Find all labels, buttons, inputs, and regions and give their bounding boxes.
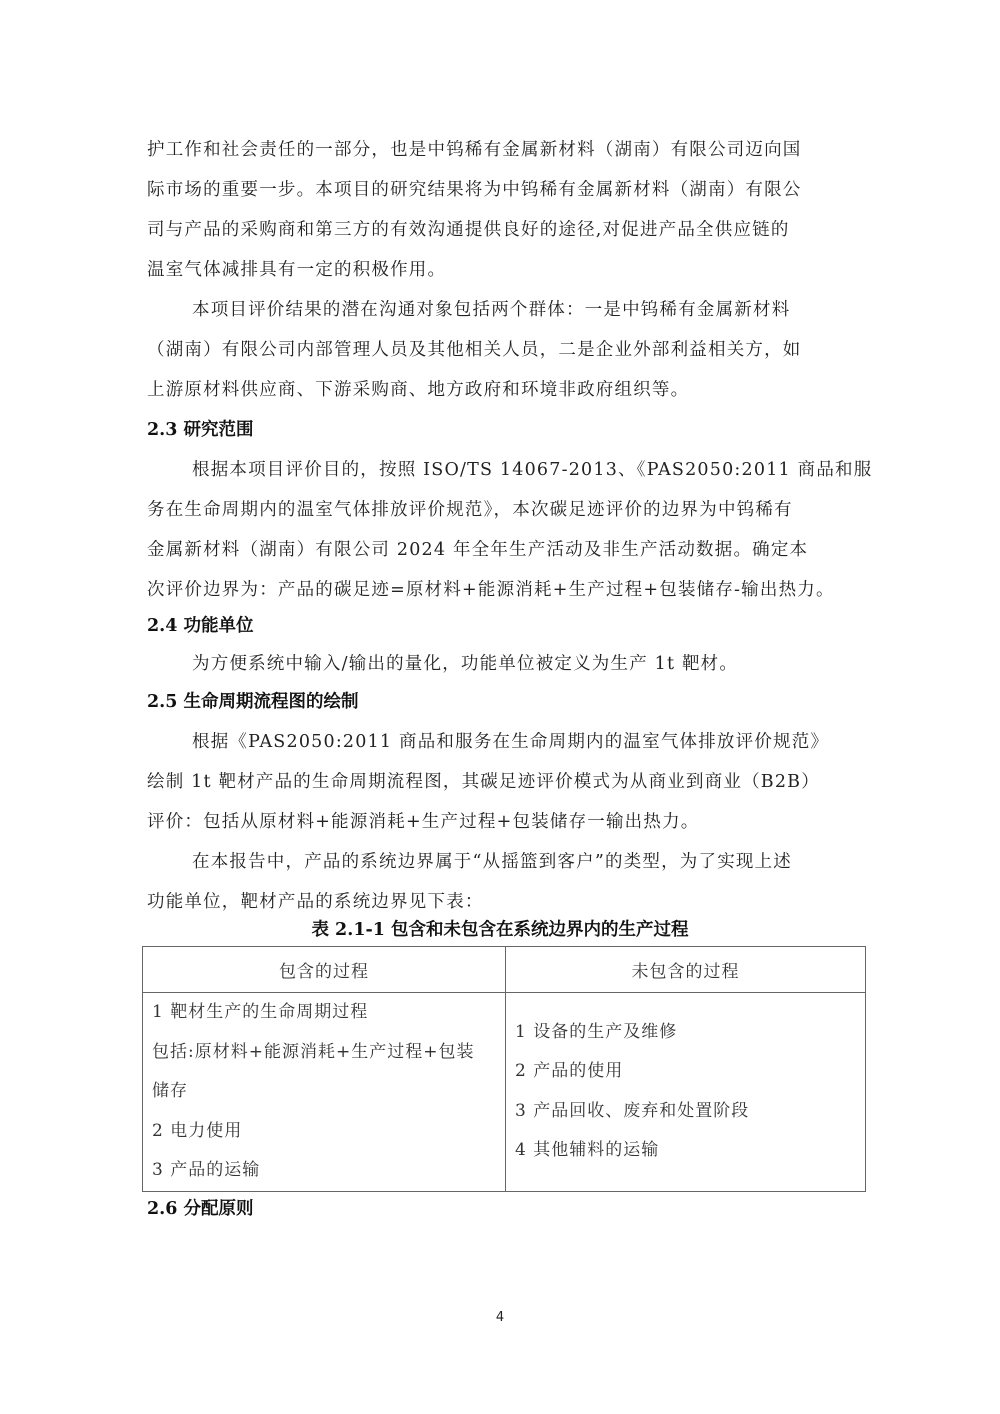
excluded-item: 2 产品的使用 [515,1052,865,1092]
body-text-line: 功能单位，靶材产品的系统边界见下表： [147,890,857,914]
section-heading-2-5: 2.5 生命周期流程图的绘制 [147,690,359,714]
body-text-line: 护工作和社会责任的一部分，也是中钨稀有金属新材料（湖南）有限公司迈向国 [147,138,857,162]
included-item: 储存 [152,1072,505,1112]
excluded-item: 3 产品回收、废弃和处置阶段 [515,1092,865,1132]
body-text-line: 次评价边界为：产品的碳足迹=原材料+能源消耗+生产过程+包装储存-输出热力。 [147,578,857,602]
body-text-line: 根据本项目评价目的，按照 ISO/TS 14067-2013、《PAS2050:… [192,458,902,482]
body-text-line: 司与产品的采购商和第三方的有效沟通提供良好的途径,对促进产品全供应链的 [147,218,857,242]
body-text-line: 为方便系统中输入/输出的量化，功能单位被定义为生产 1t 靶材。 [192,652,902,676]
included-item: 3 产品的运输 [152,1151,505,1191]
body-text-line: 金属新材料（湖南）有限公司 2024 年全年生产活动及非生产活动数据。确定本 [147,538,857,562]
section-heading-2-3: 2.3 研究范围 [147,418,254,442]
included-item: 包括:原材料+能源消耗+生产过程+包装 [152,1033,505,1073]
included-item: 1 靶材生产的生命周期过程 [152,993,505,1033]
body-text-line: 在本报告中，产品的系统边界属于“从摇篮到客户”的类型，为了实现上述 [192,850,902,874]
included-cell: 1 靶材生产的生命周期过程 包括:原材料+能源消耗+生产过程+包装 储存 2 电… [143,993,506,1192]
excluded-item: 4 其他辅料的运输 [515,1131,865,1171]
section-heading-2-4: 2.4 功能单位 [147,614,254,638]
body-text-line: （湖南）有限公司内部管理人员及其他相关人员，二是企业外部利益相关方，如 [147,338,857,362]
header-included: 包含的过程 [143,947,506,993]
body-text-line: 根据《PAS2050:2011 商品和服务在生命周期内的温室气体排放评价规范》 [192,730,902,754]
body-text-line: 温室气体减排具有一定的积极作用。 [147,258,857,282]
body-text-line: 际市场的重要一步。本项目的研究结果将为中钨稀有金属新材料（湖南）有限公 [147,178,857,202]
table-header-row: 包含的过程 未包含的过程 [143,947,866,993]
body-text-line: 绘制 1t 靶材产品的生命周期流程图，其碳足迹评价模式为从商业到商业（B2B） [147,770,857,794]
excluded-item: 1 设备的生产及维修 [515,1013,865,1053]
excluded-cell: 1 设备的生产及维修 2 产品的使用 3 产品回收、废弃和处置阶段 4 其他辅料… [506,993,866,1192]
body-text-line: 评价：包括从原材料+能源消耗+生产过程+包装储存一输出热力。 [147,810,857,834]
header-excluded: 未包含的过程 [506,947,866,993]
table-row: 1 靶材生产的生命周期过程 包括:原材料+能源消耗+生产过程+包装 储存 2 电… [143,993,866,1192]
system-boundary-table: 包含的过程 未包含的过程 1 靶材生产的生命周期过程 包括:原材料+能源消耗+生… [142,946,866,1192]
body-text-line: 上游原材料供应商、下游采购商、地方政府和环境非政府组织等。 [147,378,857,402]
body-text-line: 务在生命周期内的温室气体排放评价规范》，本次碳足迹评价的边界为中钨稀有 [147,498,857,522]
section-heading-2-6: 2.6 分配原则 [147,1197,254,1221]
body-text-line: 本项目评价结果的潜在沟通对象包括两个群体：一是中钨稀有金属新材料 [192,298,902,322]
page-number: 4 [0,1310,1000,1325]
table-caption: 表 2.1-1 包含和未包含在系统边界内的生产过程 [0,918,1000,942]
included-item: 2 电力使用 [152,1112,505,1152]
